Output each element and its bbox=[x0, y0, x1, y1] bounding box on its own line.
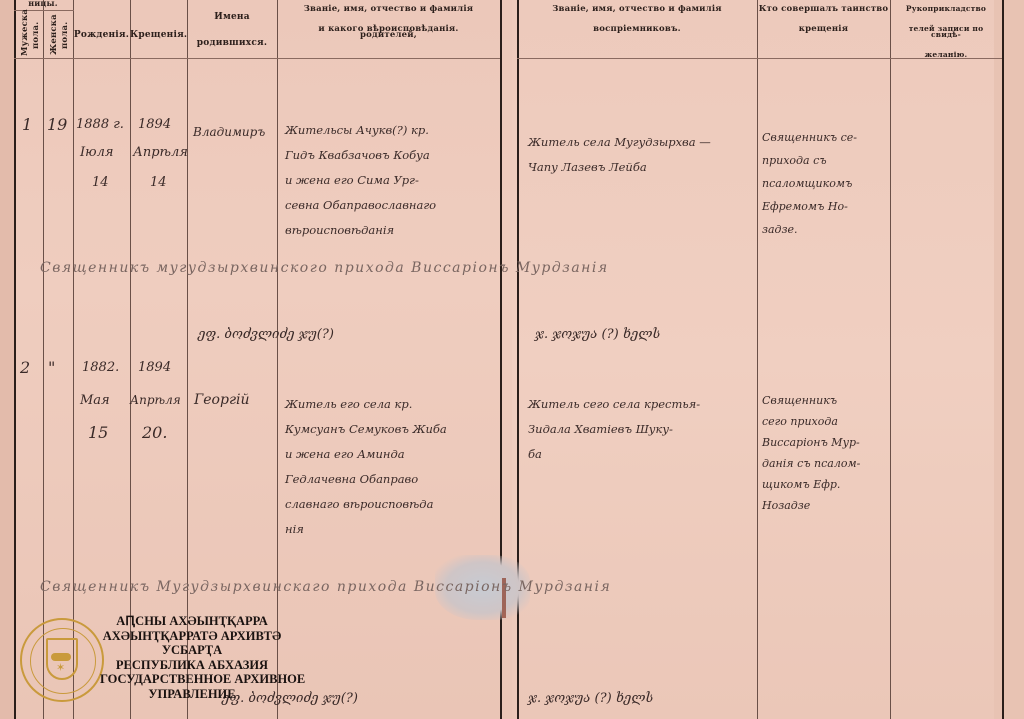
record1-officiant-line: задзе. bbox=[762, 218, 888, 241]
record1-georgian-signature-right: ჯ. ჯოჯუა (?) ხელს bbox=[535, 322, 660, 347]
archive-seal-icon: ✶ bbox=[20, 618, 104, 702]
record1-parents-line: Гидъ Квабзачовъ Кобуа bbox=[285, 143, 500, 168]
record1-baptism-year: 1894 bbox=[138, 112, 171, 137]
record1-parents-line: Жительсы Ачукв(?) кр. bbox=[285, 118, 500, 143]
record1-baptism-month: Апрѣля bbox=[133, 140, 188, 165]
record2-birth-year: 1882. bbox=[82, 355, 119, 380]
header-officiant-line2: крещенiя bbox=[757, 16, 890, 42]
record2-georgian-signature-right: ჯ. ჯოჯუა (?) ხელს bbox=[528, 686, 653, 711]
record1-parents: Жительсы Ачукв(?) кр. Гидъ Квабзачовъ Ко… bbox=[285, 118, 500, 243]
header-birth: Рожденiя. bbox=[73, 22, 130, 48]
record2-baptism-month: Апрѣля bbox=[130, 388, 181, 413]
rule-female-birth bbox=[73, 0, 74, 719]
record2-parents: Житель его села кр. Кумсуанъ Семуковъ Жи… bbox=[285, 392, 500, 542]
record1-officiant-line: Ефремомъ Но- bbox=[762, 195, 888, 218]
record2-parents-line: Кумсуанъ Семуковъ Жиба bbox=[285, 417, 500, 442]
record1-officiant: Священникъ се- прихода съ псаломщикомъ Е… bbox=[762, 126, 888, 241]
record2-birth-day: 15 bbox=[88, 420, 108, 445]
rule-godparents-officiant bbox=[757, 0, 758, 719]
record1-female-number: 19 bbox=[47, 112, 67, 137]
record1-parents-line: и жена его Сима Ург- bbox=[285, 168, 500, 193]
header-male: Мужеска пола. bbox=[20, 14, 40, 56]
rule-officiant-witnesses bbox=[890, 0, 891, 719]
record2-parents-line: Житель его села кр. bbox=[285, 392, 500, 417]
record1-birth-year: 1888 г. bbox=[76, 112, 124, 137]
right-page-edge bbox=[994, 0, 1024, 719]
record2-female-number: " bbox=[48, 355, 55, 380]
archive-russian-line3: УПРАВЛЕНИЕ bbox=[100, 687, 284, 702]
record2-godparents-line: ба bbox=[528, 442, 756, 467]
record2-officiant: Священникъ сего прихода Виссарiонъ Мур- … bbox=[762, 390, 888, 516]
record1-baptism-day: 14 bbox=[150, 170, 167, 195]
record1-priest-signature: Священникъ мугудзырхвинского прихода Вис… bbox=[40, 256, 609, 281]
record2-parents-line: и жена его Аминда bbox=[285, 442, 500, 467]
archive-watermark: АԤСНЫ АХӘЫНҬҚАРРА АХӘЫНҬҚАРРАТӘ АРХИВТӘ … bbox=[100, 614, 284, 701]
record1-birth-month: Iюля bbox=[80, 140, 113, 165]
right-page bbox=[512, 0, 1024, 719]
rule-header-bottom-left bbox=[14, 58, 500, 59]
left-page bbox=[0, 0, 512, 719]
rule-baptism-name bbox=[187, 0, 188, 719]
record2-officiant-line: Виссарiонъ Мур- bbox=[762, 432, 888, 453]
rule-outer-right bbox=[1002, 0, 1004, 719]
record2-child-name: Георгiй bbox=[194, 388, 250, 413]
left-page-edge bbox=[0, 0, 14, 719]
record1-parents-line: вѣроисповѣданiя bbox=[285, 218, 500, 243]
record2-officiant-line: Нозадзе bbox=[762, 495, 888, 516]
header-female: Женска пола. bbox=[49, 14, 69, 56]
record1-birth-day: 14 bbox=[92, 170, 109, 195]
record1-child-name: Владимиръ bbox=[193, 120, 265, 145]
record1-parents-line: севна Обаправославнаго bbox=[285, 193, 500, 218]
archive-abkhaz-line2: АХӘЫНҬҚАРРАТӘ АРХИВТӘ bbox=[100, 629, 284, 644]
archive-abkhaz-line3: УСБАРҬА bbox=[100, 643, 284, 658]
rule-outer-left bbox=[14, 0, 16, 719]
header-witnesses-line2: телей записи по желанiю. bbox=[890, 16, 1002, 68]
horseman-icon bbox=[51, 653, 71, 661]
record1-officiant-line: прихода съ bbox=[762, 149, 888, 172]
record2-officiant-line: данiя съ псалом- bbox=[762, 453, 888, 474]
record2-parents-line: нiя bbox=[285, 517, 500, 542]
record2-godparents-line: Житель сего села крестья- bbox=[528, 392, 756, 417]
header-parents-line2: и какого вѣроисповѣданiя. bbox=[277, 16, 500, 42]
star-icon: ✶ bbox=[56, 662, 65, 674]
record2-parents-line: славнаго вѣроисповѣда bbox=[285, 492, 500, 517]
record2-officiant-line: сего прихода bbox=[762, 411, 888, 432]
header-name: Имена родившихся. bbox=[187, 4, 277, 56]
record1-godparents-line: Чапу Лазевъ Лейба bbox=[528, 155, 756, 180]
record2-godparents-line: Зидала Хватiевъ Шуку- bbox=[528, 417, 756, 442]
record2-baptism-year: 1894 bbox=[138, 355, 171, 380]
record2-godparents: Житель сего села крестья- Зидала Хватiев… bbox=[528, 392, 756, 467]
rule-name-parents bbox=[277, 0, 278, 719]
record1-godparents: Житель села Мугудзырхва — Чапу Лазевъ Ле… bbox=[528, 130, 756, 180]
archive-abkhaz-line1: АԤСНЫ АХӘЫНҬҚАРРА bbox=[100, 614, 284, 629]
record1-officiant-line: Священникъ се- bbox=[762, 126, 888, 149]
archive-russian-line2: ГОСУДАРСТВЕННОЕ АРХИВНОЕ bbox=[100, 672, 284, 687]
record1-officiant-line: псаломщикомъ bbox=[762, 172, 888, 195]
record1-georgian-signature-left: ეფ. ბოძვლიძე ჯუ(?) bbox=[198, 322, 334, 347]
header-baptism: Крещенiя. bbox=[130, 22, 187, 48]
record2-birth-month: Мая bbox=[80, 388, 110, 413]
record2-baptism-day: 20. bbox=[142, 420, 167, 445]
record2-male-number: 2 bbox=[20, 355, 30, 380]
record2-parents-line: Гедлачевна Обаправо bbox=[285, 467, 500, 492]
record1-male-number: 1 bbox=[22, 112, 32, 137]
header-godparents-line2: воспрiемниковъ. bbox=[517, 16, 757, 42]
record2-officiant-line: щикомъ Ефр. bbox=[762, 474, 888, 495]
record2-priest-signature: Священникъ Мугудзырхвинскаго прихода Вис… bbox=[40, 575, 611, 600]
archive-russian-line1: РЕСПУБЛИКА АБХАЗИЯ bbox=[100, 658, 284, 673]
rule-birth-baptism bbox=[130, 0, 131, 719]
record2-officiant-line: Священникъ bbox=[762, 390, 888, 411]
record1-godparents-line: Житель села Мугудзырхва — bbox=[528, 130, 756, 155]
rule-male-female bbox=[43, 0, 44, 719]
